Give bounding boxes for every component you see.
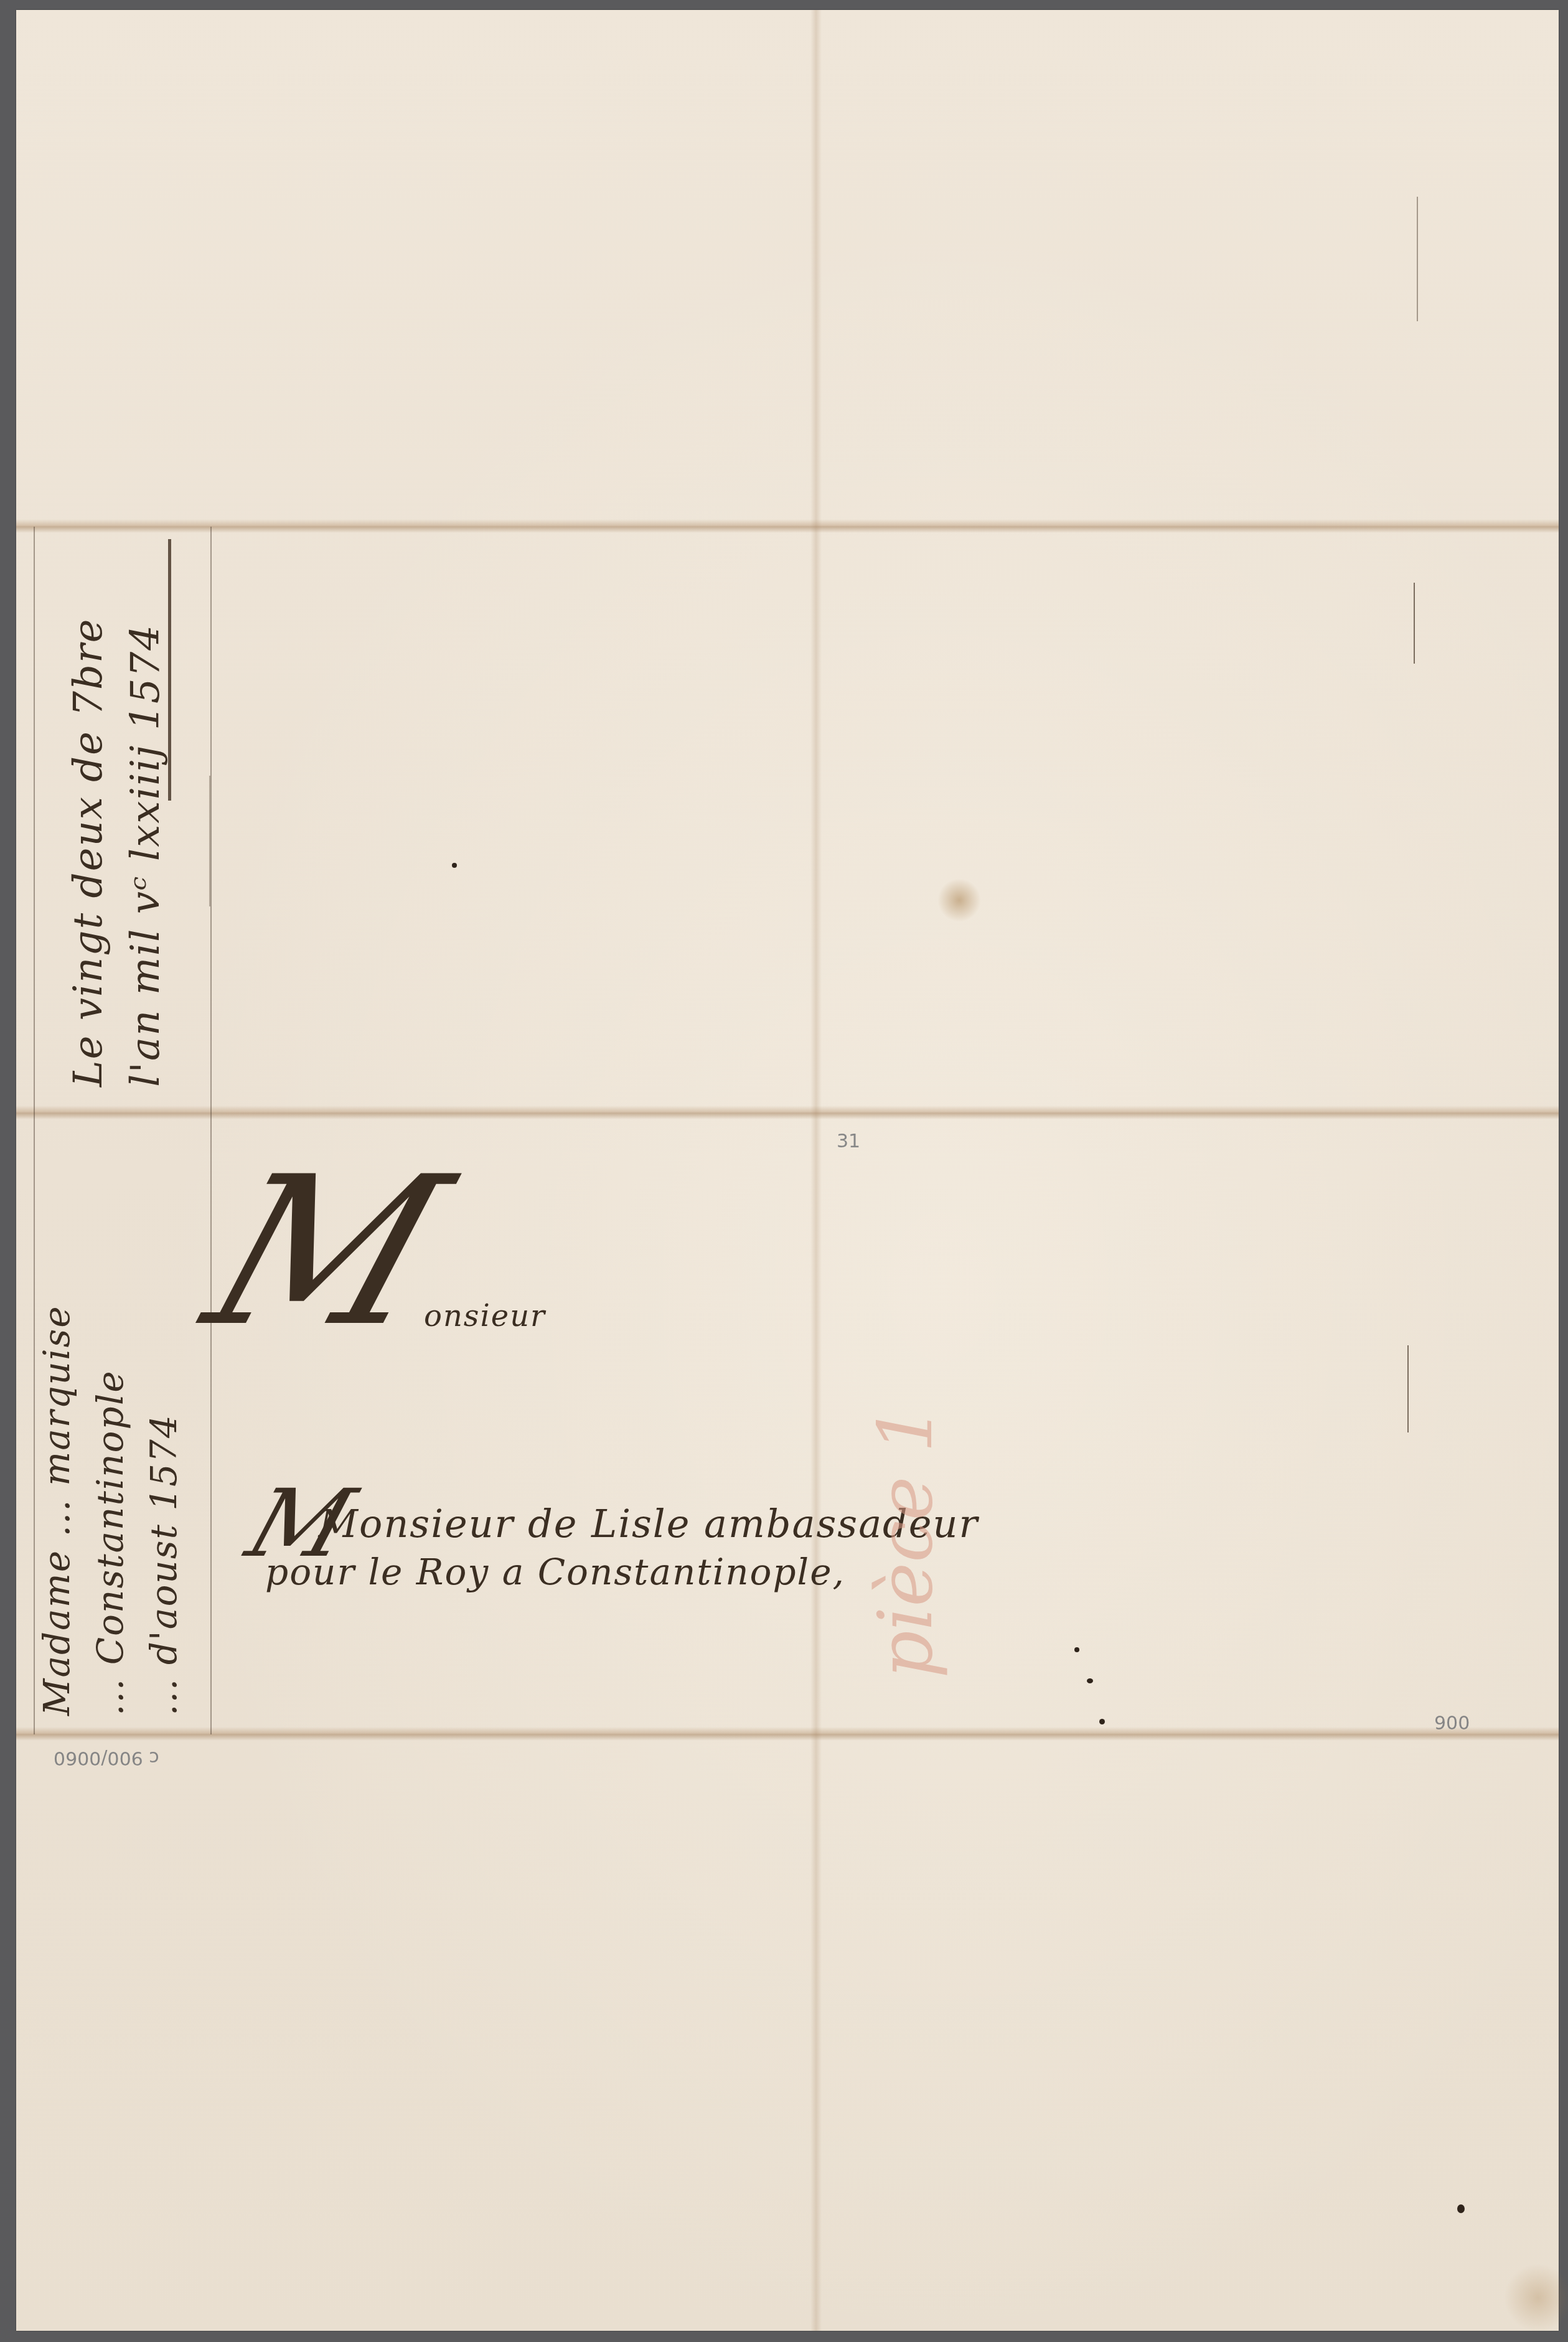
ink-speck <box>1087 1678 1093 1683</box>
ink-speck <box>452 863 457 868</box>
vertical-fold <box>810 10 822 2331</box>
lower-endorsement: Madame ... marquise ... Constantinople .… <box>30 1305 190 1716</box>
lower-endorsement-line-3: ... d'aoust 1574 <box>137 1305 190 1716</box>
pencil-mark-right: 900 <box>1434 1713 1470 1734</box>
stain <box>937 878 981 922</box>
horizontal-fold-3 <box>16 1727 1559 1741</box>
faint-stroke <box>1417 197 1418 321</box>
ink-speck <box>1099 1719 1105 1724</box>
horizontal-fold-2 <box>16 1106 1559 1119</box>
folio-number: 31 <box>837 1131 860 1152</box>
upper-endorsement-line-2: l'an mil vᶜ lxxiiij 1574 <box>117 618 174 1087</box>
ink-speck <box>1457 2204 1465 2213</box>
faint-stroke <box>1414 583 1415 664</box>
endorsement-stroke <box>168 539 171 801</box>
lower-endorsement-line-2: ... Constantinople <box>83 1305 137 1716</box>
salutation-text: onsieur <box>424 1299 546 1333</box>
upper-endorsement-line-1: Le vingt deux de 7bre <box>60 618 117 1087</box>
lower-endorsement-line-1: Madame ... marquise <box>30 1305 83 1716</box>
stain <box>1504 2264 1568 2332</box>
address-line-2: pour le Roy a Constantinople, <box>265 1551 845 1593</box>
faint-stroke <box>209 776 210 906</box>
faint-stroke <box>1407 1345 1409 1432</box>
inner-margin-rule <box>210 527 212 1734</box>
red-chalk-annotation: pièce 1 <box>863 1405 949 1678</box>
manuscript-page: Le vingt deux de 7bre l'an mil vᶜ lxxiii… <box>16 10 1559 2331</box>
ink-speck <box>1074 1647 1079 1652</box>
horizontal-fold-1 <box>16 519 1559 533</box>
pencil-mark-left: c 900/0060 <box>54 1747 159 1769</box>
upper-endorsement: Le vingt deux de 7bre l'an mil vᶜ lxxiii… <box>60 618 174 1087</box>
